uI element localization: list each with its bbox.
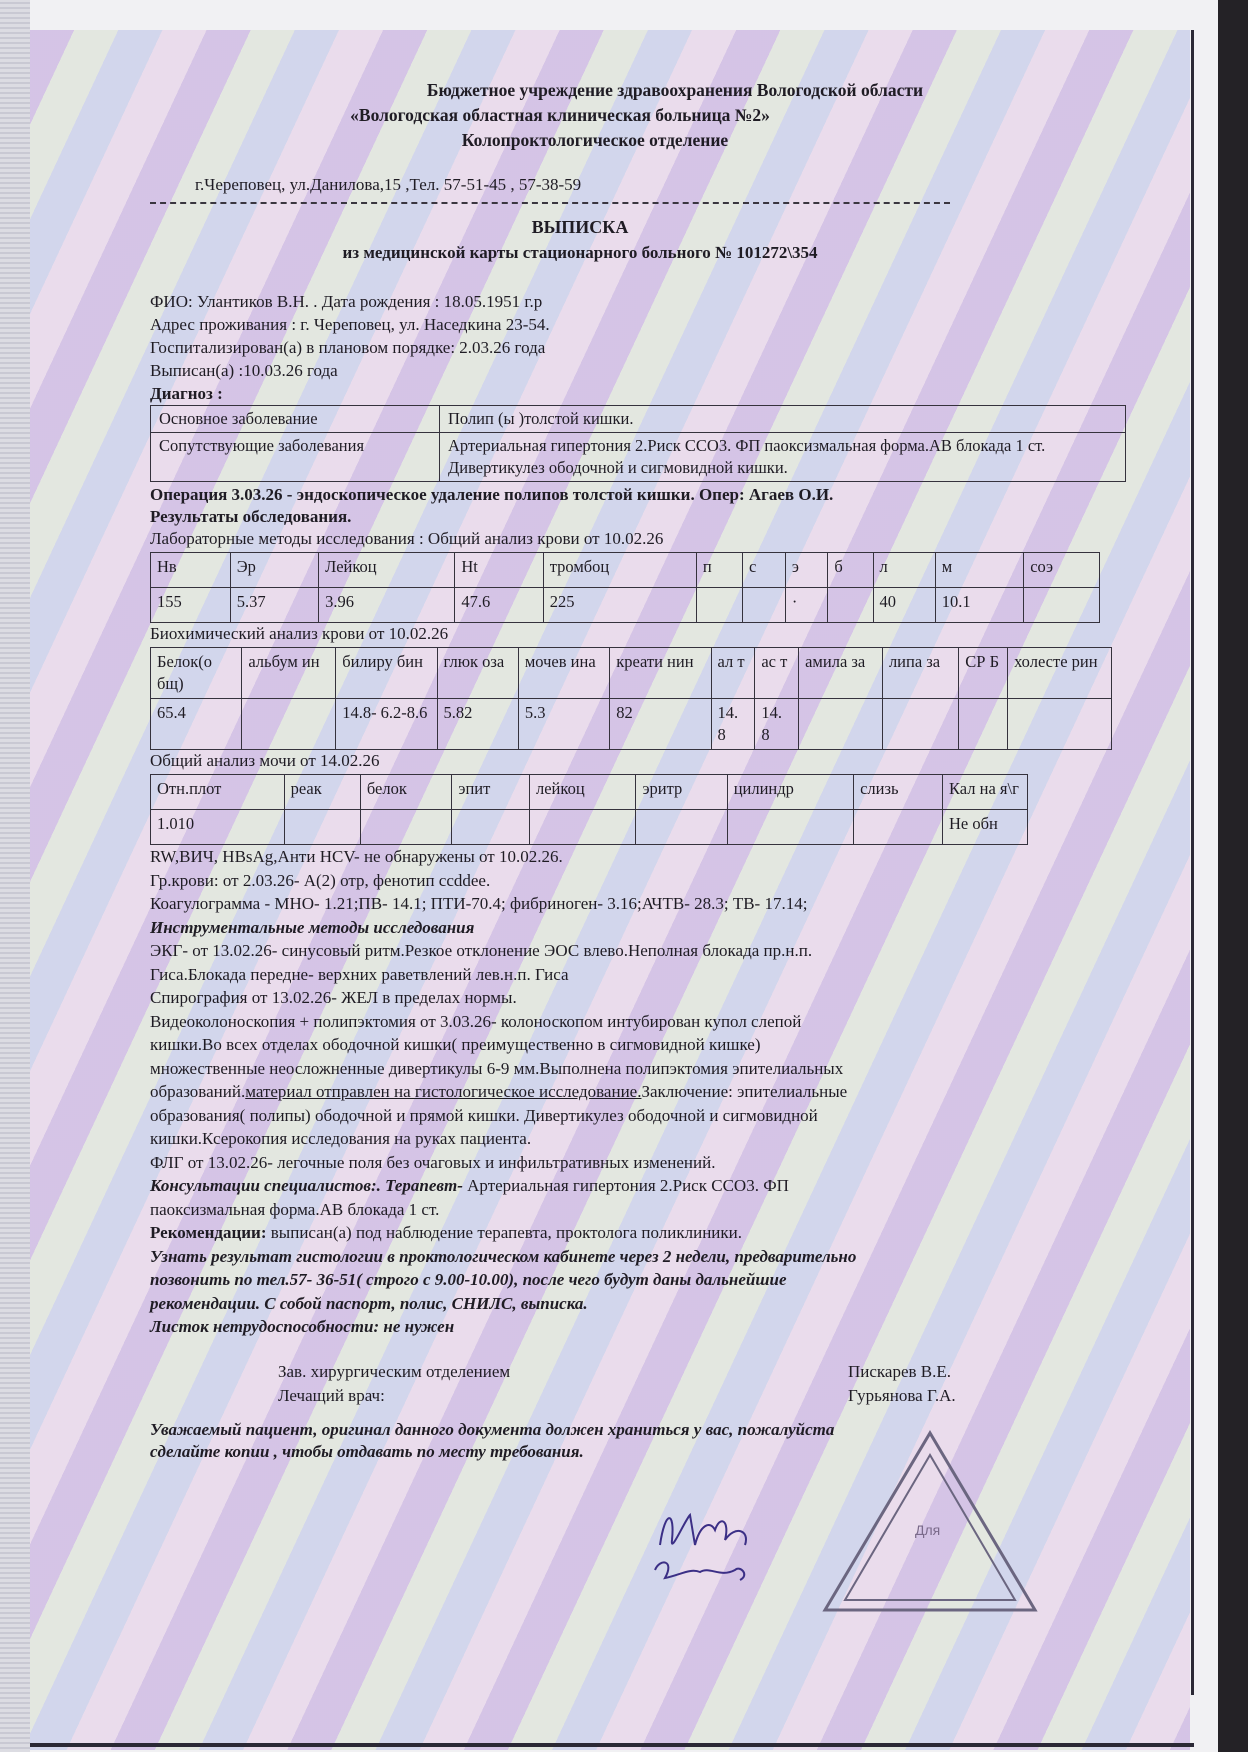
blood-group: Гр.крови: от 2.03.26- А(2) отр, фенотип …: [150, 869, 1080, 893]
hospital-name: «Вологодская областная клиническая больн…: [150, 103, 1080, 128]
header-cell: Отн.плот: [151, 775, 285, 810]
header-cell: Нв: [151, 553, 231, 588]
value-cell: 47.6: [455, 588, 543, 623]
colonoscopy-line: образования( полипы) ободочной и прямой …: [150, 1104, 1080, 1128]
header-cell: липа за: [882, 648, 958, 699]
value-cell: [959, 699, 1008, 750]
header-cell: амила за: [799, 648, 883, 699]
document-title: ВЫПИСКА: [150, 216, 1080, 238]
header-cell: соэ: [1024, 553, 1100, 588]
scanner-edge: [1218, 0, 1248, 1752]
underlined-text: материал отправлен на гистологическое ис…: [245, 1082, 641, 1101]
urine-table: Отн.плот реак белок эпит лейкоц эритр ци…: [150, 774, 1028, 845]
table-row: Сопутствующие заболевания Артериальная г…: [151, 433, 1126, 482]
header-cell: мочев ина: [518, 648, 609, 699]
recommendations-label: Рекомендации:: [150, 1223, 267, 1242]
value-cell: [799, 699, 883, 750]
recommendations-text: выписан(а) под наблюдение терапевта, про…: [267, 1223, 742, 1242]
doctor-name: Гурьянова Г.А.: [848, 1385, 956, 1407]
stamp-text: Для: [915, 1522, 940, 1538]
biochem-table: Белок(о бщ) альбум ин билиру бин глюк оз…: [150, 647, 1112, 750]
head-label: Зав. хирургическим отделением: [278, 1361, 510, 1383]
table-header-row: Отн.плот реак белок эпит лейкоц эритр ци…: [151, 775, 1028, 810]
discharge-date: Выписан(а) :10.03.26 года: [150, 359, 1080, 382]
value-cell: 225: [543, 588, 696, 623]
flg: ФЛГ от 13.02.26- легочные поля без очаго…: [150, 1151, 1080, 1175]
colonoscopy-line: множественные неосложненные дивертикулы …: [150, 1057, 1080, 1081]
divider: [150, 202, 950, 204]
text-span: образований.: [150, 1082, 245, 1101]
header-cell: эпит: [452, 775, 530, 810]
biochem-caption: Биохимический анализ крови от 10.02.26: [150, 623, 1080, 645]
department-name: Колопроктологическое отделение: [150, 128, 1080, 153]
table-header-row: Белок(о бщ) альбум ин билиру бин глюк оз…: [151, 648, 1112, 699]
table-row: Основное заболевание Полип (ы )толстой к…: [151, 406, 1126, 433]
value-cell: [727, 810, 853, 845]
header-cell: глюк оза: [437, 648, 518, 699]
admission-date: Госпитализирован(а) в плановом порядке: …: [150, 336, 1080, 359]
value-cell: 14. 8: [755, 699, 799, 750]
scan-left-edge: [0, 0, 30, 1752]
urine-caption: Общий анализ мочи от 14.02.26: [150, 750, 1080, 772]
header-cell: Белок(о бщ): [151, 648, 242, 699]
value-cell: 5.37: [230, 588, 318, 623]
value-cell: [696, 588, 742, 623]
header-cell: с: [742, 553, 785, 588]
header-cell: э: [785, 553, 827, 588]
value-cell: 5.3: [518, 699, 609, 750]
value-cell: [284, 810, 360, 845]
page-border: [30, 1743, 1194, 1747]
value-cell: 14.8- 6.2-8.6: [336, 699, 437, 750]
value-cell: [828, 588, 873, 623]
findings: RW,ВИЧ, HBsAg,Анти HCV- не обнаружены от…: [150, 845, 1080, 1339]
header-cell: Ht: [455, 553, 543, 588]
header-cell: ал т: [711, 648, 755, 699]
value-cell: 14. 8: [711, 699, 755, 750]
colonoscopy-line: кишки.Ксерокопия исследования на руках п…: [150, 1127, 1080, 1151]
histology-note: Узнать результат гистологии в проктологи…: [150, 1245, 1080, 1269]
header-cell: реак: [284, 775, 360, 810]
operation: Операция 3.03.26 - эндоскопическое удале…: [150, 484, 1080, 506]
header-cell: билиру бин: [336, 648, 437, 699]
doctor-label: Лечащий врач:: [278, 1385, 385, 1407]
handwritten-signature: [640, 1500, 810, 1590]
org-name: Бюджетное учреждение здравоохранения Вол…: [150, 78, 1080, 103]
value-cell: [530, 810, 636, 845]
patient-info: ФИО: Улантиков В.Н. . Дата рождения : 18…: [150, 290, 1080, 405]
value-cell: [636, 810, 727, 845]
value-cell: [742, 588, 785, 623]
diagnosis-table: Основное заболевание Полип (ы )толстой к…: [150, 405, 1126, 482]
recommendations: Рекомендации: выписан(а) под наблюдение …: [150, 1221, 1080, 1245]
value-cell: 82: [610, 699, 711, 750]
ecg-line: Гиса.Блокада передне- верхних раветвлени…: [150, 963, 1080, 987]
cbc-table: Нв Эр Лейкоц Ht тромбоц п с э б л м соэ …: [150, 552, 1100, 623]
head-name: Пискарев В.Е.: [848, 1361, 951, 1383]
discharge-summary: Бюджетное учреждение здравоохранения Вол…: [150, 78, 1080, 1463]
value-cell: 5.82: [437, 699, 518, 750]
header-cell: холесте рин: [1008, 648, 1112, 699]
value-cell: 1.010: [151, 810, 285, 845]
header-cell: лейкоц: [530, 775, 636, 810]
header-cell: б: [828, 553, 873, 588]
header-cell: цилиндр: [727, 775, 853, 810]
colonoscopy-line: кишки.Во всех отделах ободочной кишки( п…: [150, 1033, 1080, 1057]
diagnosis-key: Основное заболевание: [151, 406, 440, 433]
signatures: Зав. хирургическим отделением Пискарев В…: [150, 1361, 1080, 1421]
table-header-row: Нв Эр Лейкоц Ht тромбоц п с э б л м соэ: [151, 553, 1100, 588]
value-cell: [242, 699, 336, 750]
header-cell: белок: [360, 775, 452, 810]
infection-tests: RW,ВИЧ, HBsAg,Анти HCV- не обнаружены от…: [150, 845, 1080, 869]
header-cell: креати нин: [610, 648, 711, 699]
table-row: 1.010 Не обн: [151, 810, 1028, 845]
header-cell: Эр: [230, 553, 318, 588]
coagulogram: Коагулограмма - МНО- 1.21;ПВ- 14.1; ПТИ-…: [150, 892, 1080, 916]
histology-note: рекомендации. С собой паспорт, полис, СН…: [150, 1292, 1080, 1316]
header-cell: эритр: [636, 775, 727, 810]
header-cell: м: [935, 553, 1023, 588]
triangle-stamp: Для: [820, 1425, 1110, 1625]
document-subtitle: из медицинской карты стационарного больн…: [150, 242, 1080, 264]
header-cell: п: [696, 553, 742, 588]
sick-leave: Листок нетрудоспособности: не нужен: [150, 1315, 1080, 1339]
table-row: 155 5.37 3.96 47.6 225 · 40 10.1: [151, 588, 1100, 623]
value-cell: 65.4: [151, 699, 242, 750]
colonoscopy-line: образований.материал отправлен на гистол…: [150, 1080, 1080, 1104]
consultation-text: Артериальная гипертония 2.Риск ССО3. ФП: [463, 1176, 789, 1195]
ecg-line: ЭКГ- от 13.02.26- синусовый ритм.Резкое …: [150, 939, 1080, 963]
value-cell: ·: [785, 588, 827, 623]
header-cell: л: [873, 553, 935, 588]
consultation: Консультации специалистов:. Терапевт- Ар…: [150, 1174, 1080, 1198]
value-cell: [882, 699, 958, 750]
patient-fio: ФИО: Улантиков В.Н. . Дата рождения : 18…: [150, 290, 1080, 313]
consultation-label: Консультации специалистов:. Терапевт-: [150, 1176, 463, 1195]
value-cell: 10.1: [935, 588, 1023, 623]
value-cell: Не обн: [943, 810, 1028, 845]
value-cell: [1024, 588, 1100, 623]
header-cell: тромбоц: [543, 553, 696, 588]
value-cell: 3.96: [319, 588, 455, 623]
patient-address: Адрес проживания : г. Череповец, ул. Нас…: [150, 313, 1080, 336]
hospital-address: г.Череповец, ул.Данилова,15 ,Тел. 57-51-…: [150, 174, 1080, 196]
diagnosis-value: Артериальная гипертония 2.Риск ССО3. ФП …: [440, 433, 1126, 482]
value-cell: [1008, 699, 1112, 750]
diagnosis-label: Диагноз :: [150, 382, 1080, 405]
value-cell: [360, 810, 452, 845]
header-cell: Кал на я\г: [943, 775, 1028, 810]
header-cell: СР Б: [959, 648, 1008, 699]
value-cell: [854, 810, 943, 845]
results-heading: Результаты обследования.: [150, 506, 1080, 528]
cbc-caption: Лабораторные методы исследования : Общий…: [150, 528, 1080, 550]
consultation-text: паоксизмальная форма.АВ блокада 1 ст.: [150, 1198, 1080, 1222]
table-row: 65.4 14.8- 6.2-8.6 5.82 5.3 82 14. 8 14.…: [151, 699, 1112, 750]
header-cell: Лейкоц: [319, 553, 455, 588]
diagnosis-key: Сопутствующие заболевания: [151, 433, 440, 482]
value-cell: [452, 810, 530, 845]
value-cell: 155: [151, 588, 231, 623]
value-cell: 40: [873, 588, 935, 623]
text-span: Заключение: эпителиальные: [641, 1082, 847, 1101]
spirography: Спирография от 13.02.26- ЖЕЛ в пределах …: [150, 986, 1080, 1010]
header-cell: ас т: [755, 648, 799, 699]
histology-note: позвонить по тел.57- 36-51( строго с 9.0…: [150, 1268, 1080, 1292]
page-border: [1191, 30, 1194, 1695]
instrumental-heading: Инструментальные методы исследования: [150, 916, 1080, 940]
colonoscopy-line: Видеоколоноскопия + полипэктомия от 3.03…: [150, 1010, 1080, 1034]
header-cell: слизь: [854, 775, 943, 810]
diagnosis-value: Полип (ы )толстой кишки.: [440, 406, 1126, 433]
header-cell: альбум ин: [242, 648, 336, 699]
